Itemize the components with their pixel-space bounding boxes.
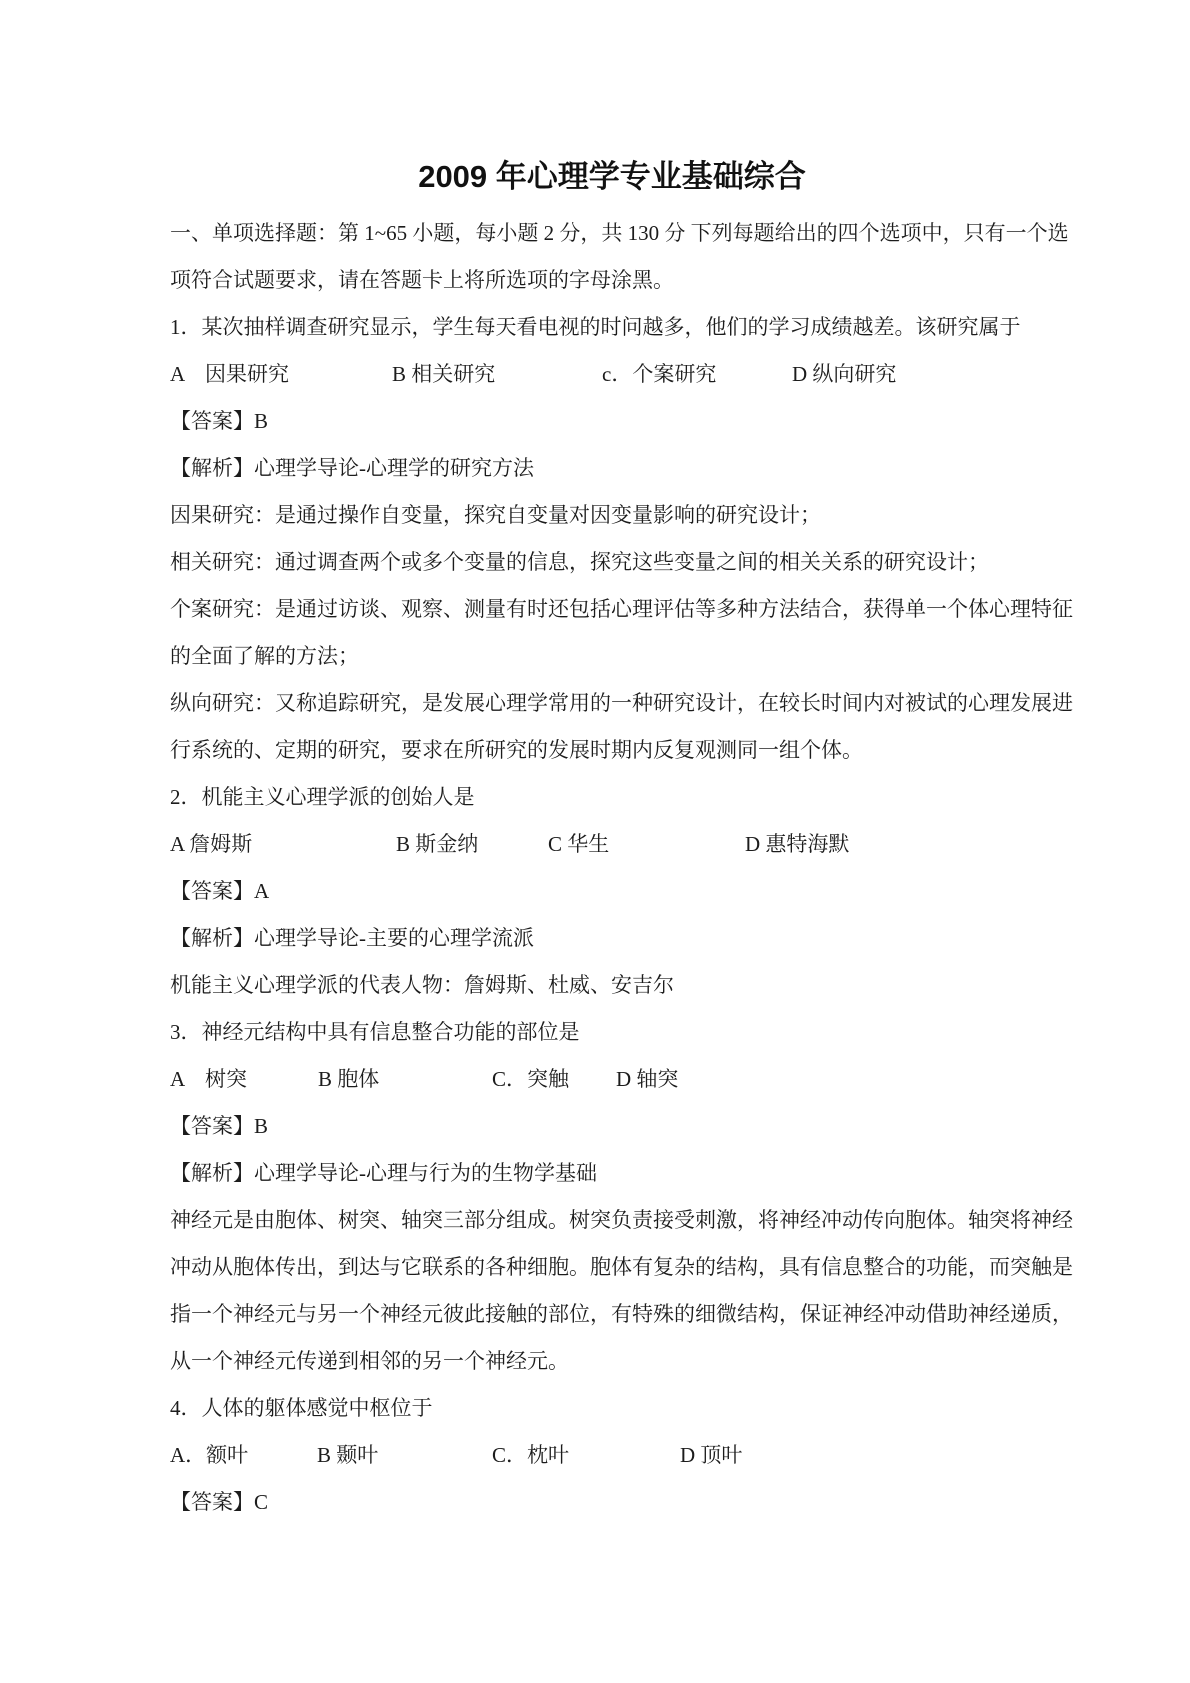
question-1-option-b: B 相关研究 [392, 351, 495, 398]
question-2-analysis: 【解析】心理学导论-主要的心理学流派 [170, 915, 1060, 962]
question-4-answer: 【答案】C [170, 1479, 1060, 1526]
question-3-option-d: D 轴突 [616, 1056, 678, 1103]
question-4-option-d: D 顶叶 [680, 1432, 742, 1479]
question-3-explanation-line-2: 冲动从胞体传出，到达与它联系的各种细胞。胞体有复杂的结构，具有信息整合的功能，而… [170, 1244, 1060, 1291]
question-2-answer: 【答案】A [170, 868, 1060, 915]
section-header-line-2: 项符合试题要求，请在答题卡上将所选项的字母涂黑。 [170, 257, 1060, 304]
question-4-option-c: C．枕叶 [492, 1432, 569, 1479]
question-3-explanation-line-4: 从一个神经元传递到相邻的另一个神经元。 [170, 1338, 1060, 1385]
question-4-stem: 4．人体的躯体感觉中枢位于 [170, 1385, 1060, 1432]
question-4-options: A．额叶 B 颞叶 C．枕叶 D 顶叶 [170, 1432, 1060, 1479]
question-1-explanation-line-5: 纵向研究：又称追踪研究，是发展心理学常用的一种研究设计，在较长时间内对被试的心理… [170, 680, 1060, 727]
question-3-option-b: B 胞体 [318, 1056, 379, 1103]
question-2-option-d: D 惠特海默 [745, 821, 849, 868]
question-1-explanation-line-3: 个案研究：是通过访谈、观察、测量有时还包括心理评估等多种方法结合，获得单一个体心… [170, 586, 1060, 633]
question-4-option-b: B 颞叶 [317, 1432, 378, 1479]
question-2-explanation-line-1: 机能主义心理学派的代表人物：詹姆斯、杜威、安吉尔 [170, 962, 1060, 1009]
question-2-options: A 詹姆斯 B 斯金纳 C 华生 D 惠特海默 [170, 821, 1060, 868]
question-3-option-c: C．突触 [492, 1056, 569, 1103]
exam-document-page: 2009 年心理学专业基础综合 一、单项选择题：第 1~65 小题，每小题 2 … [0, 0, 1190, 1683]
question-3-stem: 3．神经元结构中具有信息整合功能的部位是 [170, 1009, 1060, 1056]
question-1-explanation-line-1: 因果研究：是通过操作自变量，探究自变量对因变量影响的研究设计； [170, 492, 1060, 539]
question-1-stem: 1．某次抽样调查研究显示，学生每天看电视的时问越多，他们的学习成绩越差。该研究属… [170, 304, 1060, 351]
question-3-explanation-line-1: 神经元是由胞体、树突、轴突三部分组成。树突负责接受刺激，将神经冲动传向胞体。轴突… [170, 1197, 1060, 1244]
question-1-explanation-line-4: 的全面了解的方法； [170, 633, 1060, 680]
question-1-analysis: 【解析】心理学导论-心理学的研究方法 [170, 445, 1060, 492]
question-3-analysis: 【解析】心理学导论-心理与行为的生物学基础 [170, 1150, 1060, 1197]
page-title: 2009 年心理学专业基础综合 [170, 155, 1054, 199]
question-3-explanation-line-3: 指一个神经元与另一个神经元彼此接触的部位，有特殊的细微结构，保证神经冲动借助神经… [170, 1291, 1060, 1338]
question-2-option-c: C 华生 [548, 821, 609, 868]
question-1-answer: 【答案】B [170, 398, 1060, 445]
question-3-options: A 树突 B 胞体 C．突触 D 轴突 [170, 1056, 1060, 1103]
question-1-option-c: c．个案研究 [602, 351, 716, 398]
question-3-option-a: A 树突 [170, 1056, 247, 1103]
section-header-line-1: 一、单项选择题：第 1~65 小题，每小题 2 分，共 130 分 下列每题给出… [170, 210, 1060, 257]
question-1-option-d: D 纵向研究 [792, 351, 896, 398]
question-2-option-b: B 斯金纳 [396, 821, 478, 868]
question-2-option-a: A 詹姆斯 [170, 821, 252, 868]
question-1-explanation-line-6: 行系统的、定期的研究，要求在所研究的发展时期内反复观测同一组个体。 [170, 727, 1060, 774]
question-1-explanation-line-2: 相关研究：通过调查两个或多个变量的信息，探究这些变量之间的相关关系的研究设计； [170, 539, 1060, 586]
question-3-answer: 【答案】B [170, 1103, 1060, 1150]
question-1-options: A 因果研究 B 相关研究 c．个案研究 D 纵向研究 [170, 351, 1060, 398]
question-4-option-a: A．额叶 [170, 1432, 248, 1479]
question-1-option-a: A 因果研究 [170, 351, 289, 398]
document-body: 一、单项选择题：第 1~65 小题，每小题 2 分，共 130 分 下列每题给出… [170, 210, 1060, 1526]
question-2-stem: 2．机能主义心理学派的创始人是 [170, 774, 1060, 821]
